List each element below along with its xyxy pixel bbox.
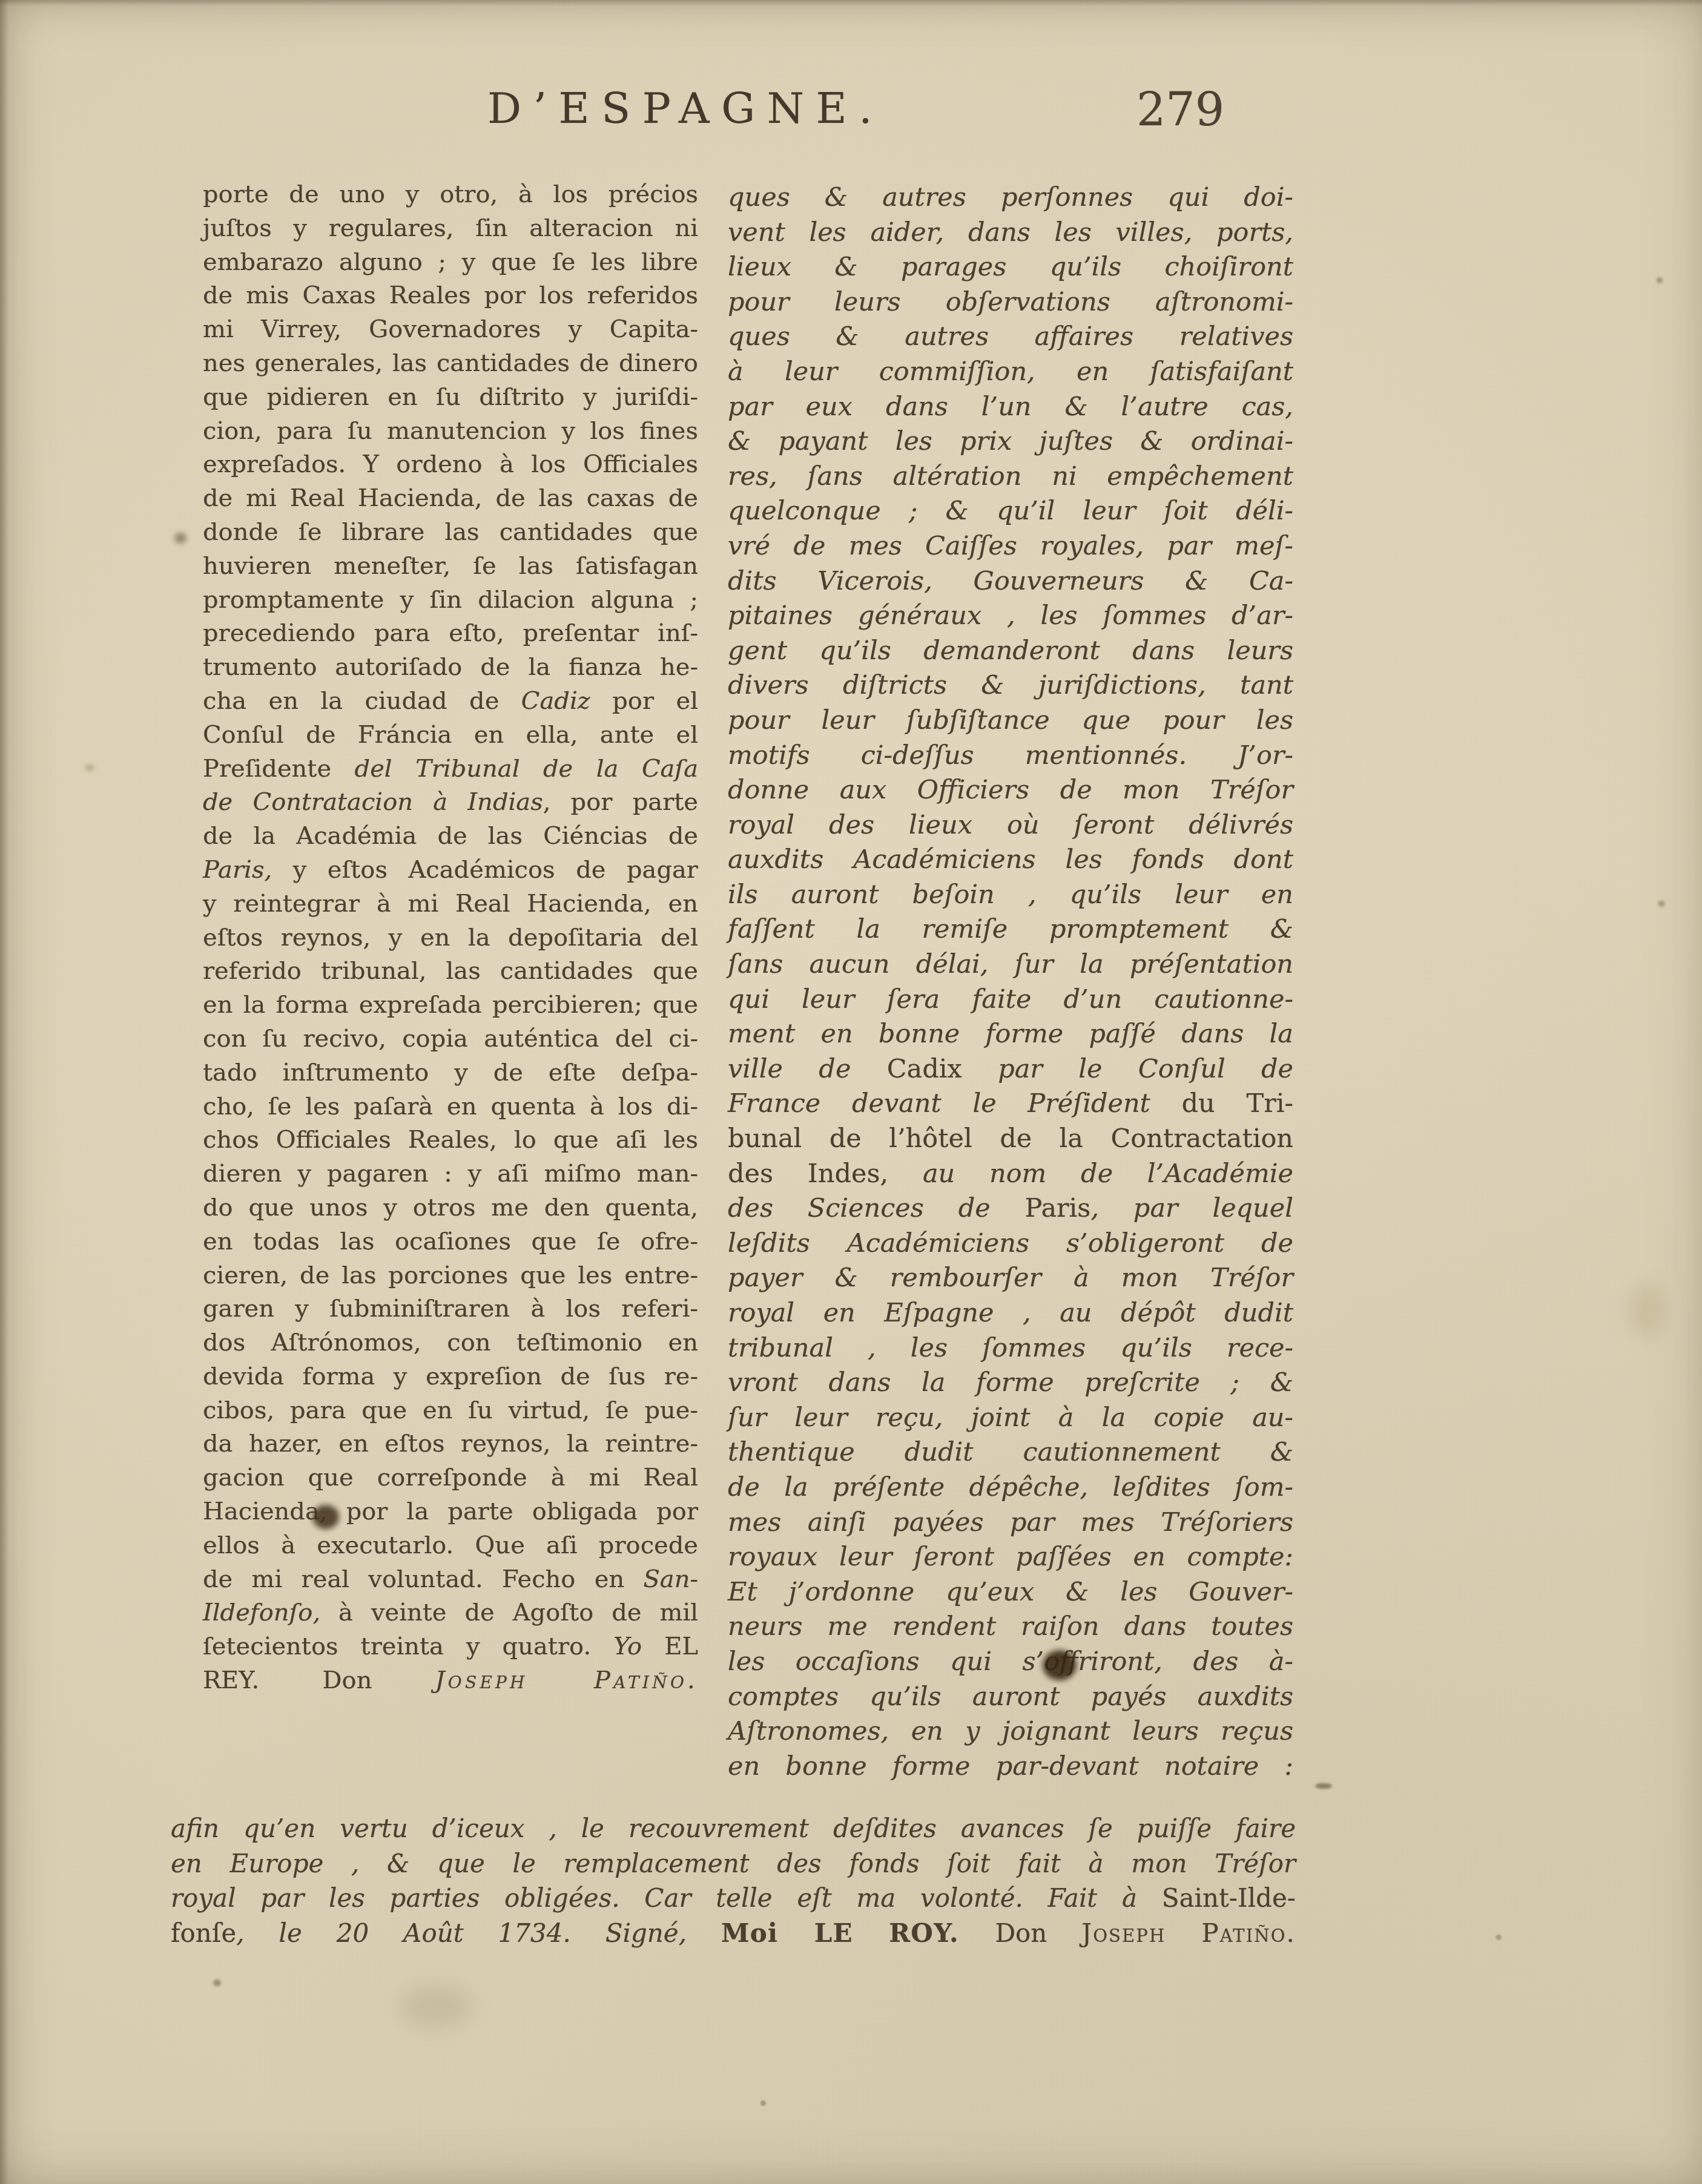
text-segment: par le Conſul de <box>962 1054 1293 1084</box>
text-segment: donde ſe librare las cantidades que <box>203 518 698 546</box>
text-line: ment en bonne forme paſſé dans la <box>728 1017 1293 1052</box>
ink-stain <box>213 1979 221 1986</box>
text-line: pitaines généraux , les ſommes d’ar- <box>728 599 1293 634</box>
text-line: neurs me rendent raiſon dans toutes <box>728 1610 1293 1645</box>
text-line: Ildefonſo, à veinte de Agoſto de mil <box>203 1596 698 1630</box>
text-line: expreſados. Y ordeno à los Officiales <box>203 448 698 482</box>
text-segment: motifs ci-deſſus mentionnés. J’or- <box>728 740 1293 771</box>
text-segment: que pidieren en ſu diſtrito y juriſdi- <box>203 383 698 411</box>
text-line: garen y ſubminiſtraren à los referi- <box>203 1292 698 1326</box>
text-line: promptamente y ſin dilacion alguna ; <box>203 584 698 617</box>
ink-stain <box>400 1985 472 2028</box>
text-segment: porte de uno y otro, à los précios <box>203 180 698 208</box>
text-line: des Indes, au nom de l’Académie <box>728 1157 1293 1192</box>
ink-stain <box>1657 277 1663 283</box>
text-segment: promptamente y ſin dilacion alguna ; <box>203 586 698 614</box>
text-line: ellos à executarlo. Que aſi procede <box>203 1529 698 1563</box>
text-line: en la forma expreſada percibieren; que <box>203 988 698 1022</box>
running-head-title: D’ESPAGNE. <box>487 84 884 133</box>
text-segment: embarazo alguno ; y que ſe les libre <box>203 248 698 276</box>
text-line: dos Aſtrónomos, con teſtimonio en <box>203 1326 698 1360</box>
text-line: eſtos reynos, y en la depoſitaria del <box>203 921 698 955</box>
text-segment: vront dans la forme preſcrite ; & <box>728 1367 1293 1398</box>
text-segment: Hacienda, por la parte obligada por <box>203 1498 698 1525</box>
text-line: REY. Don Joseph Patiño. <box>203 1664 698 1698</box>
text-segment: des Sciences de <box>728 1193 1024 1223</box>
text-line: comptes qu’ils auront payés auxdits <box>728 1680 1293 1715</box>
text-line: leſdits Académiciens s’obligeront de <box>728 1226 1293 1261</box>
text-segment: ſans aucun délai, ſur la préſentation <box>728 949 1293 979</box>
text-line: devida forma y expreſion de ſus re- <box>203 1360 698 1394</box>
text-segment: donne aux Officiers de mon Tréſor <box>728 775 1293 805</box>
page-number: 279 <box>1121 82 1224 136</box>
text-line: ſur leur reçu, joint à la copie au- <box>728 1401 1293 1436</box>
text-segment: pitaines généraux , les ſommes d’ar- <box>728 600 1293 631</box>
text-line: donde ſe librare las cantidades que <box>203 516 698 550</box>
text-segment: en todas las ocaſiones que ſe ofre- <box>203 1228 698 1255</box>
text-line: cho, ſe les paſarà en quenta à los di- <box>203 1090 698 1124</box>
ink-stain <box>1496 1935 1502 1940</box>
text-line: cibos, para que en ſu virtud, ſe pue- <box>203 1394 698 1428</box>
text-segment: neurs me rendent raiſon dans toutes <box>728 1611 1293 1642</box>
text-segment: cieren, de las porciones que les entre- <box>203 1261 698 1289</box>
text-line: pour leurs obſervations aſtronomi- <box>728 285 1293 320</box>
text-line: thentique dudit cautionnement & <box>728 1435 1293 1470</box>
text-segment: Saint-Ilde- <box>1162 1883 1296 1913</box>
text-segment: de la préſente dépêche, leſdites ſom- <box>728 1472 1293 1502</box>
text-line: gent qu’ils demanderont dans leurs <box>728 634 1293 669</box>
text-segment: en la forma expreſada percibieren; que <box>203 991 698 1019</box>
text-line: de mi real voluntad. Fecho en San- <box>203 1563 698 1597</box>
text-segment: thentique dudit cautionnement & <box>728 1437 1293 1467</box>
text-line: y reintegrar à mi Real Hacienda, en <box>203 887 698 921</box>
text-line: en bonne forme par-devant notaire : <box>728 1749 1293 1784</box>
text-line: precediendo para eſto, preſentar inſ- <box>203 617 698 651</box>
text-segment: France devant le Préſident <box>728 1088 1182 1119</box>
text-segment: con ſu recivo, copia auténtica del ci- <box>203 1025 698 1053</box>
text-segment: à leur commiſſion, en ſatisfaiſant <box>728 357 1293 387</box>
text-segment: tribunal , les ſommes qu’ils rece- <box>728 1333 1293 1363</box>
text-segment: quelconque ; & qu’il leur ſoit déli- <box>728 496 1293 526</box>
text-segment: Preſidente <box>203 755 355 783</box>
text-line: vré de mes Caiſſes royales, par meſ- <box>728 529 1293 564</box>
text-segment: divers diſtricts & juriſdictions, tant <box>728 670 1293 700</box>
text-line: royal par les parties obligées. Car tell… <box>171 1881 1296 1916</box>
text-segment: cho, ſe les paſarà en quenta à los di- <box>203 1093 698 1120</box>
text-line: mes ainſi payées par mes Tréſoriers <box>728 1505 1293 1541</box>
text-line: motifs ci-deſſus mentionnés. J’or- <box>728 738 1293 774</box>
text-line: da hazer, en eſtos reynos, la reintre- <box>203 1427 698 1461</box>
text-line: à leur commiſſion, en ſatisfaiſant <box>728 355 1293 390</box>
text-segment: ils auront beſoin , qu’ils leur en <box>728 880 1293 910</box>
text-line: referido tribunal, las cantidades que <box>203 955 698 988</box>
text-line: que pidieren en ſu diſtrito y juriſdi- <box>203 381 698 415</box>
text-segment: Paris, <box>203 856 272 884</box>
text-line: dits Vicerois, Gouverneurs & Ca- <box>728 564 1293 599</box>
text-line: de la Académia de las Ciéncias de <box>203 820 698 854</box>
text-line: cieren, de las porciones que les entre- <box>203 1259 698 1293</box>
text-segment: Ildefonſo, <box>203 1599 320 1626</box>
text-line: chos Officiales Reales, lo que aſi les <box>203 1123 698 1157</box>
text-segment: cibos, para que en ſu virtud, ſe pue- <box>203 1396 698 1424</box>
text-segment: , le 20 Août 1734. Signé, <box>236 1918 721 1948</box>
text-segment: precediendo para eſto, preſentar inſ- <box>203 619 698 647</box>
text-line: cha en la ciudad de Cadiz por el <box>203 685 698 719</box>
text-segment: del Tribunal de la Caſa <box>355 755 698 783</box>
text-segment: de la Académia de las Ciéncias de <box>203 822 698 850</box>
text-segment: , por parte <box>543 788 698 816</box>
text-segment: ment en bonne forme paſſé dans la <box>728 1019 1293 1049</box>
ink-stain <box>85 764 94 771</box>
text-line: vront dans la forme preſcrite ; & <box>728 1366 1293 1401</box>
text-segment: cha en la ciudad de <box>203 687 521 715</box>
text-segment: gent qu’ils demanderont dans leurs <box>728 636 1293 666</box>
text-segment: ville de <box>728 1054 887 1084</box>
text-line: ſans aucun délai, ſur la préſentation <box>728 947 1293 982</box>
text-line: bunal de l’hôtel de la Contractation <box>728 1122 1293 1157</box>
text-segment: Yo <box>613 1633 642 1660</box>
text-segment: de mi real voluntad. Fecho en <box>203 1565 643 1593</box>
text-segment: Joseph Patiño. <box>435 1666 698 1694</box>
text-segment: mi Virrey, Governadores y Capita- <box>203 315 698 343</box>
text-line: tado inſtrumento y de eſte deſpa- <box>203 1056 698 1090</box>
text-line: par eux dans l’un & l’autre cas, <box>728 390 1293 425</box>
text-segment: tado inſtrumento y de eſte deſpa- <box>203 1059 698 1087</box>
text-segment: ques & autres perſonnes qui doi- <box>728 182 1293 212</box>
text-line: les occaſions qui s’offriront, des à- <box>728 1645 1293 1680</box>
text-segment: dos Aſtrónomos, con teſtimonio en <box>203 1329 698 1357</box>
text-line: vent les aider, dans les villes, ports, <box>728 215 1293 251</box>
text-line: tribunal , les ſommes qu’ils rece- <box>728 1331 1293 1366</box>
text-line: ſetecientos treinta y quatro. Yo EL <box>203 1630 698 1664</box>
text-line: dieren y pagaren : y aſi miſmo man- <box>203 1157 698 1191</box>
text-segment: trumento autoriſado de la fianza he- <box>203 653 698 681</box>
text-segment: pour leur ſubſiſtance que pour les <box>728 705 1293 735</box>
text-segment: afin qu’en vertu d’iceux , le recouvreme… <box>171 1814 1296 1843</box>
text-line: gacion que correſponde à mi Real <box>203 1461 698 1495</box>
text-segment: royal des lieux où ſeront délivrés <box>728 810 1293 840</box>
text-segment: à veinte de Agoſto de mil <box>320 1599 698 1626</box>
text-segment: les occaſions qui s’offriront, des à- <box>728 1646 1293 1677</box>
text-line: trumento autoriſado de la fianza he- <box>203 651 698 685</box>
text-line: lieux & parages qu’ils choiſiront <box>728 250 1293 285</box>
text-line: en Europe , & que le remplacement des fo… <box>171 1846 1296 1881</box>
text-segment: eſtos reynos, y en la depoſitaria del <box>203 924 698 952</box>
text-line: & payant les prix juſtes & ordinai- <box>728 424 1293 459</box>
text-segment: payer & rembourſer à mon Tréſor <box>728 1263 1293 1293</box>
text-line: do que unos y otros me den quenta, <box>203 1191 698 1225</box>
text-line: royaux leur ſeront paſſées en compte: <box>728 1540 1293 1575</box>
text-segment: da hazer, en eſtos reynos, la reintre- <box>203 1430 698 1458</box>
text-segment: de mis Caxas Reales por los referidos <box>203 281 698 309</box>
text-line: auxdits Académiciens les fonds dont <box>728 843 1293 878</box>
text-segment: au nom de l’Académie <box>888 1159 1293 1189</box>
text-segment: pour leurs obſervations aſtronomi- <box>728 287 1293 317</box>
text-line: embarazo alguno ; y que ſe les libre <box>203 246 698 280</box>
text-segment: vent les aider, dans les villes, ports, <box>728 217 1293 248</box>
ink-stain <box>1629 1283 1665 1338</box>
text-segment: fonſe <box>171 1918 236 1948</box>
text-segment: San- <box>643 1565 698 1593</box>
text-line: royal des lieux où ſeront délivrés <box>728 808 1293 843</box>
text-segment: de Contratacion à Indias <box>203 788 543 816</box>
text-segment: juſtos y regulares, ſin alteracion ni <box>203 214 698 242</box>
text-line: ils auront beſoin , qu’ils leur en <box>728 878 1293 913</box>
text-line: fonſe, le 20 Août 1734. Signé, Moi LE RO… <box>171 1916 1296 1951</box>
text-segment: por el <box>590 687 698 715</box>
text-segment: mes ainſi payées par mes Tréſoriers <box>728 1507 1293 1538</box>
text-line: de la préſente dépêche, leſdites ſom- <box>728 1470 1293 1505</box>
text-line: pour leur ſubſiſtance que pour les <box>728 703 1293 738</box>
text-segment: REY. Don <box>203 1666 435 1694</box>
text-line: en todas las ocaſiones que ſe ofre- <box>203 1225 698 1259</box>
text-segment: referido tribunal, las cantidades que <box>203 957 698 985</box>
text-line: afin qu’en vertu d’iceux , le recouvreme… <box>171 1811 1296 1846</box>
text-segment: des Indes, <box>728 1159 888 1189</box>
text-line: quelconque ; & qu’il leur ſoit déli- <box>728 494 1293 529</box>
text-segment: ques & autres affaires relatives <box>728 321 1293 352</box>
text-line: ques & autres affaires relatives <box>728 320 1293 355</box>
text-line: royal en Eſpagne , au dépôt dudit <box>728 1296 1293 1331</box>
text-segment: gacion que correſponde à mi Real <box>203 1464 698 1492</box>
text-line: porte de uno y otro, à los précios <box>203 178 698 212</box>
column-left-spanish-text: porte de uno y otro, à los préciosjuſtos… <box>203 178 698 1698</box>
text-segment: auxdits Académiciens les fonds dont <box>728 844 1293 875</box>
text-segment: en Europe , & que le remplacement des fo… <box>171 1849 1296 1878</box>
text-line: mi Virrey, Governadores y Capita- <box>203 313 698 347</box>
text-segment: do que unos y otros me den quenta, <box>203 1194 698 1222</box>
book-page-scan: D’ESPAGNE. 279 porte de uno y otro, à lo… <box>0 0 1702 2184</box>
text-line: res, ſans altération ni empêchement <box>728 459 1293 495</box>
ink-stain <box>1315 1783 1332 1789</box>
text-segment: Cadix <box>887 1054 962 1084</box>
text-segment: faſſent la remiſe promptement & <box>728 914 1293 944</box>
text-line: huvieren meneſter, ſe las ſatisfagan <box>203 550 698 584</box>
text-line: con ſu recivo, copia auténtica del ci- <box>203 1022 698 1056</box>
text-line: faſſent la remiſe promptement & <box>728 912 1293 947</box>
text-segment: Et j’ordonne qu’eux & les Gouver- <box>728 1577 1293 1607</box>
text-segment: du Tri- <box>1182 1088 1293 1119</box>
text-segment: en bonne forme par-devant notaire : <box>728 1751 1293 1781</box>
text-line: Hacienda, por la parte obligada por <box>203 1495 698 1529</box>
text-segment: lieux & parages qu’ils choiſiront <box>728 252 1293 282</box>
text-line: payer & rembourſer à mon Tréſor <box>728 1261 1293 1296</box>
text-line: France devant le Préſident du Tri- <box>728 1087 1293 1122</box>
text-segment: Conſul de Fráncia en ella, ante el <box>203 721 698 749</box>
text-segment: garen y ſubminiſtraren à los referi- <box>203 1295 698 1323</box>
text-segment: Aſtronomes, en y joignant leurs reçus <box>728 1716 1293 1746</box>
text-segment: Moi LE ROY. <box>721 1918 995 1948</box>
text-line: ques & autres perſonnes qui doi- <box>728 180 1293 215</box>
text-segment: y eſtos Académicos de pagar <box>272 856 698 884</box>
text-segment: devida forma y expreſion de ſus re- <box>203 1363 698 1390</box>
text-line: nes generales, las cantidades de dinero <box>203 347 698 381</box>
text-segment: nes generales, las cantidades de dinero <box>203 349 698 377</box>
text-segment: chos Officiales Reales, lo que aſi les <box>203 1126 698 1154</box>
text-segment: ſur leur reçu, joint à la copie au- <box>728 1403 1293 1433</box>
text-line: ville de Cadix par le Conſul de <box>728 1052 1293 1087</box>
text-line: de mis Caxas Reales por los referidos <box>203 279 698 313</box>
ink-stain <box>174 533 186 544</box>
text-line: Paris, y eſtos Académicos de pagar <box>203 854 698 887</box>
footer-paragraph: afin qu’en vertu d’iceux , le recouvreme… <box>171 1811 1296 1950</box>
text-line: qui leur ſera faite d’un cautionne- <box>728 982 1293 1018</box>
text-segment: huvieren meneſter, ſe las ſatisfagan <box>203 552 698 580</box>
text-segment: Joseph Patiño. <box>1081 1918 1296 1948</box>
text-segment: cion, para ſu manutencion y los fines <box>203 417 698 445</box>
text-segment: Paris <box>1024 1193 1090 1223</box>
text-segment: , par lequel <box>1090 1193 1293 1223</box>
text-segment: comptes qu’ils auront payés auxdits <box>728 1682 1293 1712</box>
text-segment: de mi Real Hacienda, de las caxas de <box>203 484 698 512</box>
text-segment: royal en Eſpagne , au dépôt dudit <box>728 1298 1293 1328</box>
column-right-french-text: ques & autres perſonnes qui doi-vent les… <box>728 180 1293 1784</box>
text-segment: vré de mes Caiſſes royales, par meſ- <box>728 531 1293 561</box>
text-segment: dieren y pagaren : y aſi miſmo man- <box>203 1160 698 1188</box>
text-line: Aſtronomes, en y joignant leurs reçus <box>728 1714 1293 1749</box>
text-segment: y reintegrar à mi Real Hacienda, en <box>203 890 698 918</box>
text-line: cion, para ſu manutencion y los fines <box>203 415 698 449</box>
text-segment: & payant les prix juſtes & ordinai- <box>728 426 1293 456</box>
ink-stain <box>760 2100 766 2106</box>
text-line: donne aux Officiers de mon Tréſor <box>728 773 1293 808</box>
text-segment: dits Vicerois, Gouverneurs & Ca- <box>728 566 1293 596</box>
text-line: Preſidente del Tribunal de la Caſa <box>203 752 698 786</box>
text-segment: Cadiz <box>521 687 590 715</box>
text-segment: bunal de l’hôtel de la Contractation <box>728 1123 1293 1154</box>
text-segment: expreſados. Y ordeno à los Officiales <box>203 450 698 478</box>
text-line: Conſul de Fráncia en ella, ante el <box>203 719 698 752</box>
text-segment: leſdits Académiciens s’obligeront de <box>728 1228 1293 1258</box>
text-segment: res, ſans altération ni empêchement <box>728 461 1293 492</box>
text-line: juſtos y regulares, ſin alteracion ni <box>203 212 698 246</box>
text-line: de mi Real Hacienda, de las caxas de <box>203 482 698 516</box>
text-segment: ellos à executarlo. Que aſi procede <box>203 1531 698 1559</box>
text-segment: royal par les parties obligées. Car tell… <box>171 1883 1162 1913</box>
text-line: de Contratacion à Indias, por parte <box>203 786 698 820</box>
text-segment: Don <box>995 1918 1081 1948</box>
text-segment: qui leur ſera faite d’un cautionne- <box>728 984 1293 1015</box>
text-segment: EL <box>642 1633 698 1660</box>
text-line: divers diſtricts & juriſdictions, tant <box>728 668 1293 703</box>
text-line: des Sciences de Paris, par lequel <box>728 1191 1293 1226</box>
text-segment: ſetecientos treinta y quatro. <box>203 1633 613 1660</box>
ink-stain <box>1658 901 1665 907</box>
text-line: Et j’ordonne qu’eux & les Gouver- <box>728 1575 1293 1610</box>
text-segment: par eux dans l’un & l’autre cas, <box>728 392 1293 422</box>
text-segment: royaux leur ſeront paſſées en compte: <box>728 1542 1293 1572</box>
